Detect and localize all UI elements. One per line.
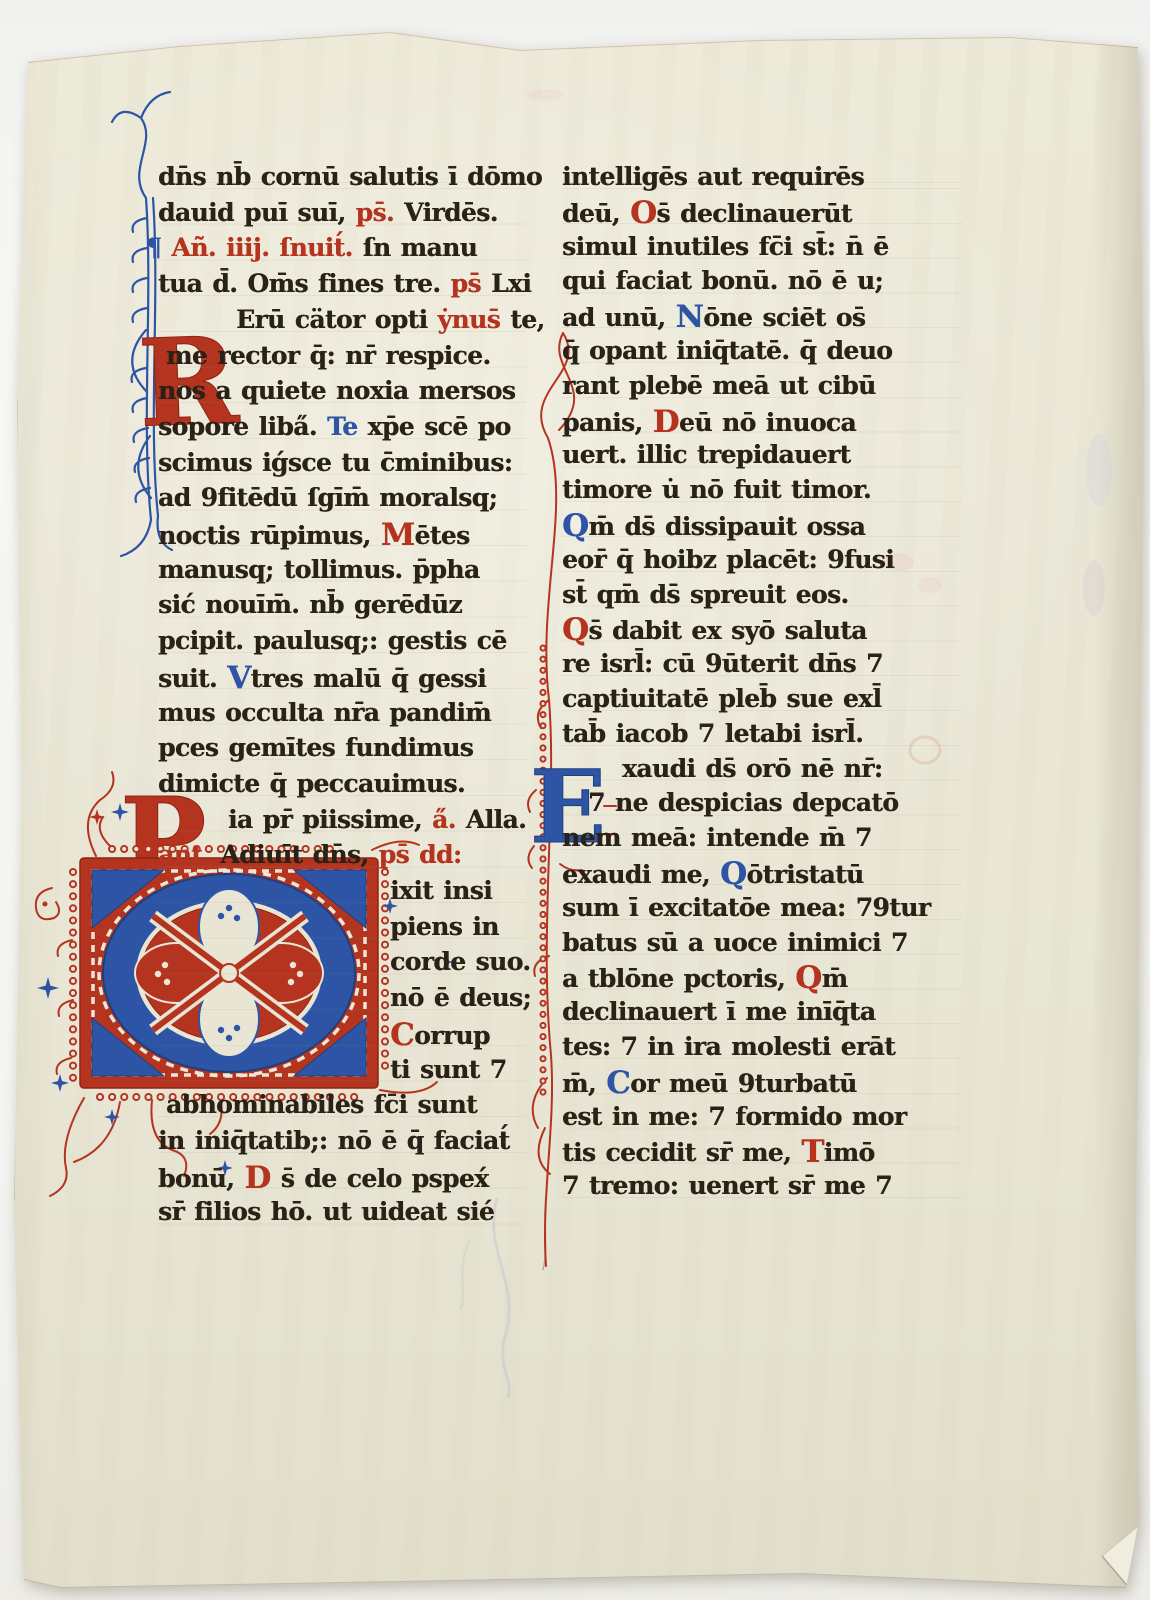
body-text: sić nouīm̄. nb̄ gerēdūz (158, 590, 462, 619)
body-text: uert. illic trepidauert (562, 440, 850, 469)
text-line: ixit insi (390, 876, 492, 908)
body-text: rant plebē meā ut cibū (562, 371, 876, 400)
blue-lombard-initial: C (606, 1065, 630, 1101)
body-text: re isrl̄: cū 9ūterit dn̄s 7 (562, 649, 883, 678)
text-line: st̄ qm̄ ds̄ spreuit eos. (562, 580, 849, 612)
text-line: tua d̄. Om̄s fines tre. ps̄ Lxi (158, 269, 531, 301)
text-line: ad unū, Nōne sciēt os̄ (562, 301, 865, 333)
body-text: dimicte q̄ peccauimus. (158, 769, 465, 798)
body-text: me rector q̄: nr̄ respice. (166, 341, 490, 370)
body-text: simul inutiles fc̄i st̄: n̄ ē (562, 232, 888, 261)
blue-lombard-initial: Q (720, 856, 746, 892)
body-text: ad unū, (562, 303, 676, 332)
blue-text: Te (327, 412, 357, 441)
text-line: captiuitatē pleb̄ sue exl̄ (562, 684, 881, 716)
text-line: declinauert ī me inīq̄ta (562, 997, 875, 1029)
body-text: q̄ opant iniq̄tatē. q̄ deuo (562, 336, 892, 365)
red-lombard-initial: D (244, 1160, 270, 1196)
body-text: captiuitatē pleb̄ sue exl̄ (562, 684, 881, 713)
text-line: tis cecidit sr̄ me, Timō (562, 1136, 875, 1168)
text-line: simul inutiles fc̄i st̄: n̄ ē (562, 232, 888, 264)
text-line: tab̄ iacob 7 letabi isrl̄. (562, 719, 863, 751)
body-text: panis, (562, 408, 653, 437)
text-line: dauid puī suī, ps̄. Virdēs. (158, 198, 498, 230)
body-text: sum ī excitatōe mea: 79tur (562, 893, 930, 922)
body-text: tes: 7 in ira molesti erāt (562, 1032, 895, 1061)
rubric-text: ant. (158, 840, 220, 869)
body-text: Erū cätor opti (236, 305, 438, 334)
text-line: est in me: 7 formido mor (562, 1102, 906, 1134)
blue-lombard-initial: V (227, 660, 250, 696)
text-line: Corrup (390, 1019, 490, 1051)
body-text: s̄ de celo pspex́ (271, 1164, 489, 1193)
text-line: manusq; tollimus. p̄pha (158, 555, 479, 587)
body-text: tis cecidit sr̄ me, (562, 1138, 801, 1167)
body-text: nem meā: intende m̄ 7 (562, 823, 872, 852)
text-line: 7 tremo: uenert sr̄ me 7 (562, 1171, 892, 1203)
text-line: tes: 7 in ira molesti erāt (562, 1032, 895, 1064)
text-line: qui faciat bonū. nō ē u; (562, 266, 883, 298)
text-line: ti sunt 7 (390, 1055, 506, 1087)
text-line: q̄ opant iniq̄tatē. q̄ deuo (562, 336, 892, 368)
body-text: 7 ne despicias depcatō (588, 788, 898, 817)
text-line: corde suo. (390, 947, 530, 979)
body-text: declinauert ī me inīq̄ta (562, 997, 875, 1026)
body-text: nos a quiete noxia mersos (158, 376, 515, 405)
rubric-text: ps̄ dd: (379, 840, 462, 869)
text-line: ¶ Añ. iiij. ſnuit́. ſn manu (146, 233, 477, 265)
body-text: piens in (390, 912, 499, 941)
body-text: or meū 9turbatū (630, 1069, 856, 1098)
text-line: ad 9fitēdū ſgīm̄ moralsq; (158, 483, 497, 515)
blue-lombard-initial: Q (562, 508, 588, 544)
body-text: m̄ (822, 964, 848, 993)
text-line: mus occulta nr̄a pandim̄ (158, 698, 491, 730)
folded-corner (1102, 1524, 1141, 1590)
red-lombard-initial: O (630, 195, 656, 231)
blue-lombard-initial: N (676, 299, 704, 335)
manuscript-leaf-wrapper: R P E (0, 0, 1150, 1600)
body-text: m̄, (562, 1069, 606, 1098)
text-line: dn̄s nb̄ cornū salutis ī dōmo (158, 162, 542, 194)
text-line: dimicte q̄ peccauimus. (158, 769, 465, 801)
rubric-text: a̋. (432, 805, 466, 834)
red-lombard-initial: M (381, 517, 415, 553)
text-line: nō ē deus; (390, 983, 531, 1015)
text-line: ia pr̄ piissime, a̋. Alla. (228, 805, 526, 837)
body-text: dn̄s nb̄ cornū salutis ī dōmo (158, 162, 542, 191)
body-text: pces gemītes fundimus (158, 733, 473, 762)
rubric-text: ps̄. (356, 198, 405, 227)
body-text: Adiuīt dn̄s, (220, 840, 378, 869)
body-text: ſn manu (363, 233, 477, 262)
red-lombard-initial: Q (562, 612, 588, 648)
body-text: orrup (414, 1021, 490, 1050)
text-line: xaudi ds̄ orō nē nr̄: (622, 754, 882, 786)
body-text: timore u̇ nō fuit timor. (562, 475, 871, 504)
text-line: intelligēs aut requirēs (562, 162, 864, 194)
body-text: Lxi (491, 269, 531, 298)
text-line: sr̄ filios hō. ut uideat sié (158, 1197, 494, 1229)
body-text: 7 tremo: uenert sr̄ me 7 (562, 1171, 892, 1200)
text-line: nos a quiete noxia mersos (158, 376, 515, 408)
body-text: xaudi ds̄ orō nē nr̄: (622, 754, 882, 783)
body-text: ti sunt 7 (390, 1055, 506, 1084)
body-text: eor̄ q̄ hoibz placēt: 9fusi (562, 545, 894, 574)
body-text: exaudi me, (562, 860, 720, 889)
body-text: mus occulta nr̄a pandim̄ (158, 698, 491, 727)
body-text: ētes (414, 521, 469, 550)
text-line: rant plebē meā ut cibū (562, 371, 876, 403)
blue-text: ¶ (146, 233, 171, 262)
body-text: ōtristatū (746, 860, 863, 889)
body-text: qui faciat bonū. nō ē u; (562, 266, 883, 295)
text-line: deū, Os̄ declinauerūt (562, 197, 852, 229)
text-line: sopore liba̋. Te xp̄e scē po (158, 412, 511, 444)
body-text: corde suo. (390, 947, 530, 976)
body-text: nō ē deus; (390, 983, 531, 1012)
body-text: ixit insi (390, 876, 492, 905)
body-text: noctis rūpimus, (158, 521, 381, 550)
body-text: st̄ qm̄ ds̄ spreuit eos. (562, 580, 849, 609)
body-text: s̄ dabit ex syō saluta (588, 616, 866, 645)
text-line: pcipit. paulusq;: gestis cē (158, 626, 507, 658)
body-text: Alla. (466, 805, 526, 834)
body-text: ōne sciēt os̄ (703, 303, 865, 332)
text-column-right: intelligēs aut requirēsdeū, Os̄ declinau… (562, 162, 962, 1212)
rubric-text: ps̄ (450, 269, 490, 298)
red-lombard-initial: T (801, 1134, 823, 1170)
text-line: scimus iǵsce tu c̄minibus: (158, 448, 512, 480)
text-line: a tblōne pctoris, Qm̄ (562, 962, 847, 994)
body-text: bonū, (158, 1164, 244, 1193)
text-line: sum ī excitatōe mea: 79tur (562, 893, 930, 925)
body-text: Virdēs. (404, 198, 498, 227)
body-text: est in me: 7 formido mor (562, 1102, 906, 1131)
body-text: ia pr̄ piissime, (228, 805, 432, 834)
body-text: suit. (158, 664, 227, 693)
text-line: suit. Vtres malū q̄ gessi (158, 662, 486, 694)
body-text: xp̄e scē po (357, 412, 510, 441)
body-text: manusq; tollimus. p̄pha (158, 555, 479, 584)
text-line: pces gemītes fundimus (158, 733, 473, 765)
text-line: uert. illic trepidauert (562, 440, 850, 472)
rubric-text: Añ. iiij. ſnuit́. (171, 233, 362, 262)
body-text: te, (510, 305, 544, 334)
body-text: a tblōne pctoris, (562, 964, 795, 993)
text-line: eor̄ q̄ hoibz placēt: 9fusi (562, 545, 894, 577)
body-text: in iniq̄tatib;: nō ē q̄ faciat́ (158, 1126, 509, 1155)
text-line: Qs̄ dabit ex syō saluta (562, 614, 867, 646)
red-lombard-initial: D (653, 404, 679, 440)
body-text: abhominabiles fc̄i sunt (166, 1090, 477, 1119)
body-text: eū nō inuoca (679, 408, 856, 437)
photo-background: { "document": { "kind_label": "Illuminat… (0, 0, 1150, 1600)
text-line: in iniq̄tatib;: nō ē q̄ faciat́ (158, 1126, 509, 1158)
text-line: Qm̄ ds̄ dissipauit ossa (562, 510, 865, 542)
body-text: ad 9fitēdū ſgīm̄ moralsq; (158, 483, 497, 512)
text-line: m̄, Cor meū 9turbatū (562, 1067, 857, 1099)
text-line: nem meā: intende m̄ 7 (562, 823, 872, 855)
body-text: sr̄ filios hō. ut uideat sié (158, 1197, 494, 1226)
text-line: abhominabiles fc̄i sunt (166, 1090, 477, 1122)
body-text: imō (824, 1138, 875, 1167)
body-text: scimus iǵsce tu c̄minibus: (158, 448, 512, 477)
manuscript-leaf: R P E (0, 0, 1150, 1600)
body-text: intelligēs aut requirēs (562, 162, 864, 191)
text-line: 7 ne despicias depcatō (588, 788, 898, 820)
text-line: me rector q̄: nr̄ respice. (166, 341, 490, 373)
text-column-left: dn̄s nb̄ cornū salutis ī dōmodauid puī s… (158, 162, 526, 1239)
text-line: ant. Adiuīt dn̄s, ps̄ dd: (158, 840, 461, 872)
red-lombard-initial: C (390, 1017, 414, 1053)
text-line: piens in (390, 912, 499, 944)
body-text: pcipit. paulusq;: gestis cē (158, 626, 507, 655)
body-text: tab̄ iacob 7 letabi isrl̄. (562, 719, 863, 748)
text-line: panis, Deū nō inuoca (562, 406, 856, 438)
text-line: bonū, D s̄ de celo pspex́ (158, 1162, 488, 1194)
text-line: re isrl̄: cū 9ūterit dn̄s 7 (562, 649, 883, 681)
body-text: batus sū a uoce inimici 7 (562, 928, 908, 957)
body-text: m̄ ds̄ dissipauit ossa (588, 512, 865, 541)
body-text: deū, (562, 199, 630, 228)
rubric-text: ẏnus̄ (438, 305, 511, 334)
text-line: exaudi me, Qōtristatū (562, 858, 864, 890)
text-line: noctis rūpimus, Mētes (158, 519, 470, 551)
body-text: s̄ declinauerūt (656, 199, 851, 228)
red-lombard-initial: Q (795, 960, 821, 996)
body-text: sopore liba̋. (158, 412, 327, 441)
text-line: batus sū a uoce inimici 7 (562, 928, 908, 960)
text-line: timore u̇ nō fuit timor. (562, 475, 871, 507)
body-text: tres malū q̄ gessi (251, 664, 486, 693)
body-text: dauid puī suī, (158, 198, 356, 227)
text-line: Erū cätor opti ẏnus̄ te, (236, 305, 545, 337)
body-text: tua d̄. Om̄s fines tre. (158, 269, 450, 298)
text-line: sić nouīm̄. nb̄ gerēdūz (158, 590, 462, 622)
